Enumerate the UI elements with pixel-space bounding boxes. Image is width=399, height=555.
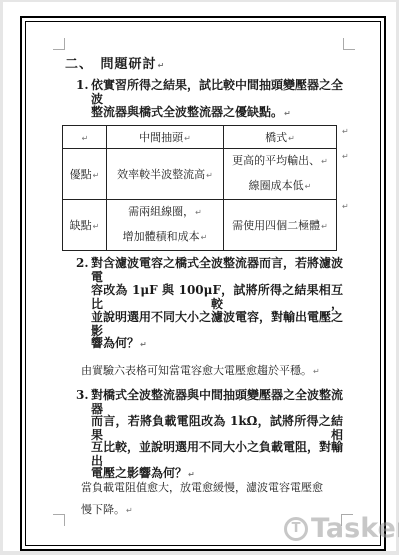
header-cell-bridge: 橋式↵ <box>224 126 337 149</box>
advantages-bridge-cell: 更高的平均輸出、↵ 線圈成本低↵ <box>224 149 337 200</box>
paragraph-mark-icon: ↵ <box>305 182 312 191</box>
row-label-advantages: 優點↵ <box>63 149 107 200</box>
paragraph-mark-icon: ↵ <box>184 134 191 143</box>
paragraph-mark-icon: ↵ <box>206 171 213 180</box>
question-2-line-4: 響為何？↵ <box>91 336 343 352</box>
paragraph-mark-icon: ↵ <box>284 109 291 118</box>
header-cell-center-tap: 中間抽頭↵ <box>107 126 224 149</box>
paragraph-mark-icon: ↵ <box>158 61 166 70</box>
watermark-text: Tasker <box>311 513 399 544</box>
text-boundary-corner-bottom-left <box>53 514 65 526</box>
paragraph-mark-icon: ↵ <box>188 470 195 479</box>
text-boundary-corner-top-left <box>53 38 65 50</box>
text-boundary-corner-top-right <box>343 38 355 50</box>
paragraph-mark-icon: ↵ <box>93 222 100 231</box>
paragraph-mark-icon: ↵ <box>82 134 89 143</box>
question-3-number: 3. <box>76 388 89 402</box>
section-title: 二、 問題研討↵ <box>65 53 165 72</box>
advantages-center-tap-cell: 效率較半波整流高↵ <box>107 149 224 200</box>
table-row-end-mark-icon: ↵ <box>342 152 349 161</box>
disadvantages-center-tap-cell: 需兩組線圈，↵ 增加體積和成本↵ <box>107 200 224 251</box>
header-cell-empty: ↵ <box>63 126 107 149</box>
paragraph-mark-icon: ↵ <box>93 171 100 180</box>
paragraph-mark-icon: ↵ <box>195 208 202 217</box>
question-3-line-2: 而言，若將負載電阻改為 1kΩ，試將所得之結果相 <box>91 414 343 442</box>
document-page: 二、 問題研討↵ 1. 依實習所得之結果，試比較中間抽頭變壓器之全波 整流器與橋… <box>3 2 396 551</box>
question-2-line-1: 對含濾波電容之橋式全波整流器而言，若將濾波電 <box>91 256 343 284</box>
table-row-advantages: 優點↵ 效率較半波整流高↵ 更高的平均輸出、↵ 線圈成本低↵ <box>63 149 337 200</box>
paragraph-mark-icon: ↵ <box>321 157 328 166</box>
question-3-answer-line-1: 當負載電阻值愈大，放電愈緩慢，濾波電容電壓愈 <box>81 479 323 495</box>
paragraph-mark-icon: ↵ <box>321 222 328 231</box>
question-3-answer-line-2: 慢下降。↵ <box>81 501 133 517</box>
table-row-end-mark-icon: ↵ <box>342 202 349 211</box>
paragraph-mark-icon: ↵ <box>313 367 320 376</box>
paragraph-mark-icon: ↵ <box>140 340 147 349</box>
question-3-line-3: 互比較，並說明選用不同大小之負載電阻，對輸出 <box>91 440 343 468</box>
table-row-end-mark-icon: ↵ <box>342 127 349 136</box>
paragraph-mark-icon: ↵ <box>288 134 295 143</box>
question-3-line-1: 對橋式全波整流器與中間抽頭變壓器之全波整流器 <box>91 388 343 416</box>
row-label-disadvantages: 缺點↵ <box>63 200 107 251</box>
question-2-line-2: 容改為 1μF 與 100μF，試將所得之結果相互比較， <box>91 283 343 311</box>
table-row-disadvantages: 缺點↵ 需兩組線圈，↵ 增加體積和成本↵ 需使用四個二極體↵ <box>63 200 337 251</box>
comparison-table: ↵ 中間抽頭↵ 橋式↵ 優點↵ 效率較半波整流高↵ 更高的平均輸出、↵ 線圈成本… <box>62 125 337 251</box>
table-header-row: ↵ 中間抽頭↵ 橋式↵ <box>63 126 337 149</box>
question-1-number: 1. <box>76 78 89 92</box>
question-2-line-3: 並說明選用不同大小之濾波電容，對輸出電壓之影 <box>91 310 343 338</box>
paragraph-mark-icon: ↵ <box>201 233 208 242</box>
disadvantages-bridge-cell: 需使用四個二極體↵ <box>224 200 337 251</box>
question-1-line-2: 整流器與橋式全波整流器之優缺點。↵ <box>91 105 343 121</box>
watermark: T Tasker <box>284 513 399 544</box>
question-1-line-1: 依實習所得之結果，試比較中間抽頭變壓器之全波 <box>91 78 343 106</box>
question-2-answer: 由實驗六表格可知當電容愈大電壓愈趨於平穩。↵ <box>81 362 320 378</box>
tasker-logo-icon: T <box>284 517 308 541</box>
question-2-number: 2. <box>76 256 89 270</box>
paragraph-mark-icon: ↵ <box>126 506 133 515</box>
